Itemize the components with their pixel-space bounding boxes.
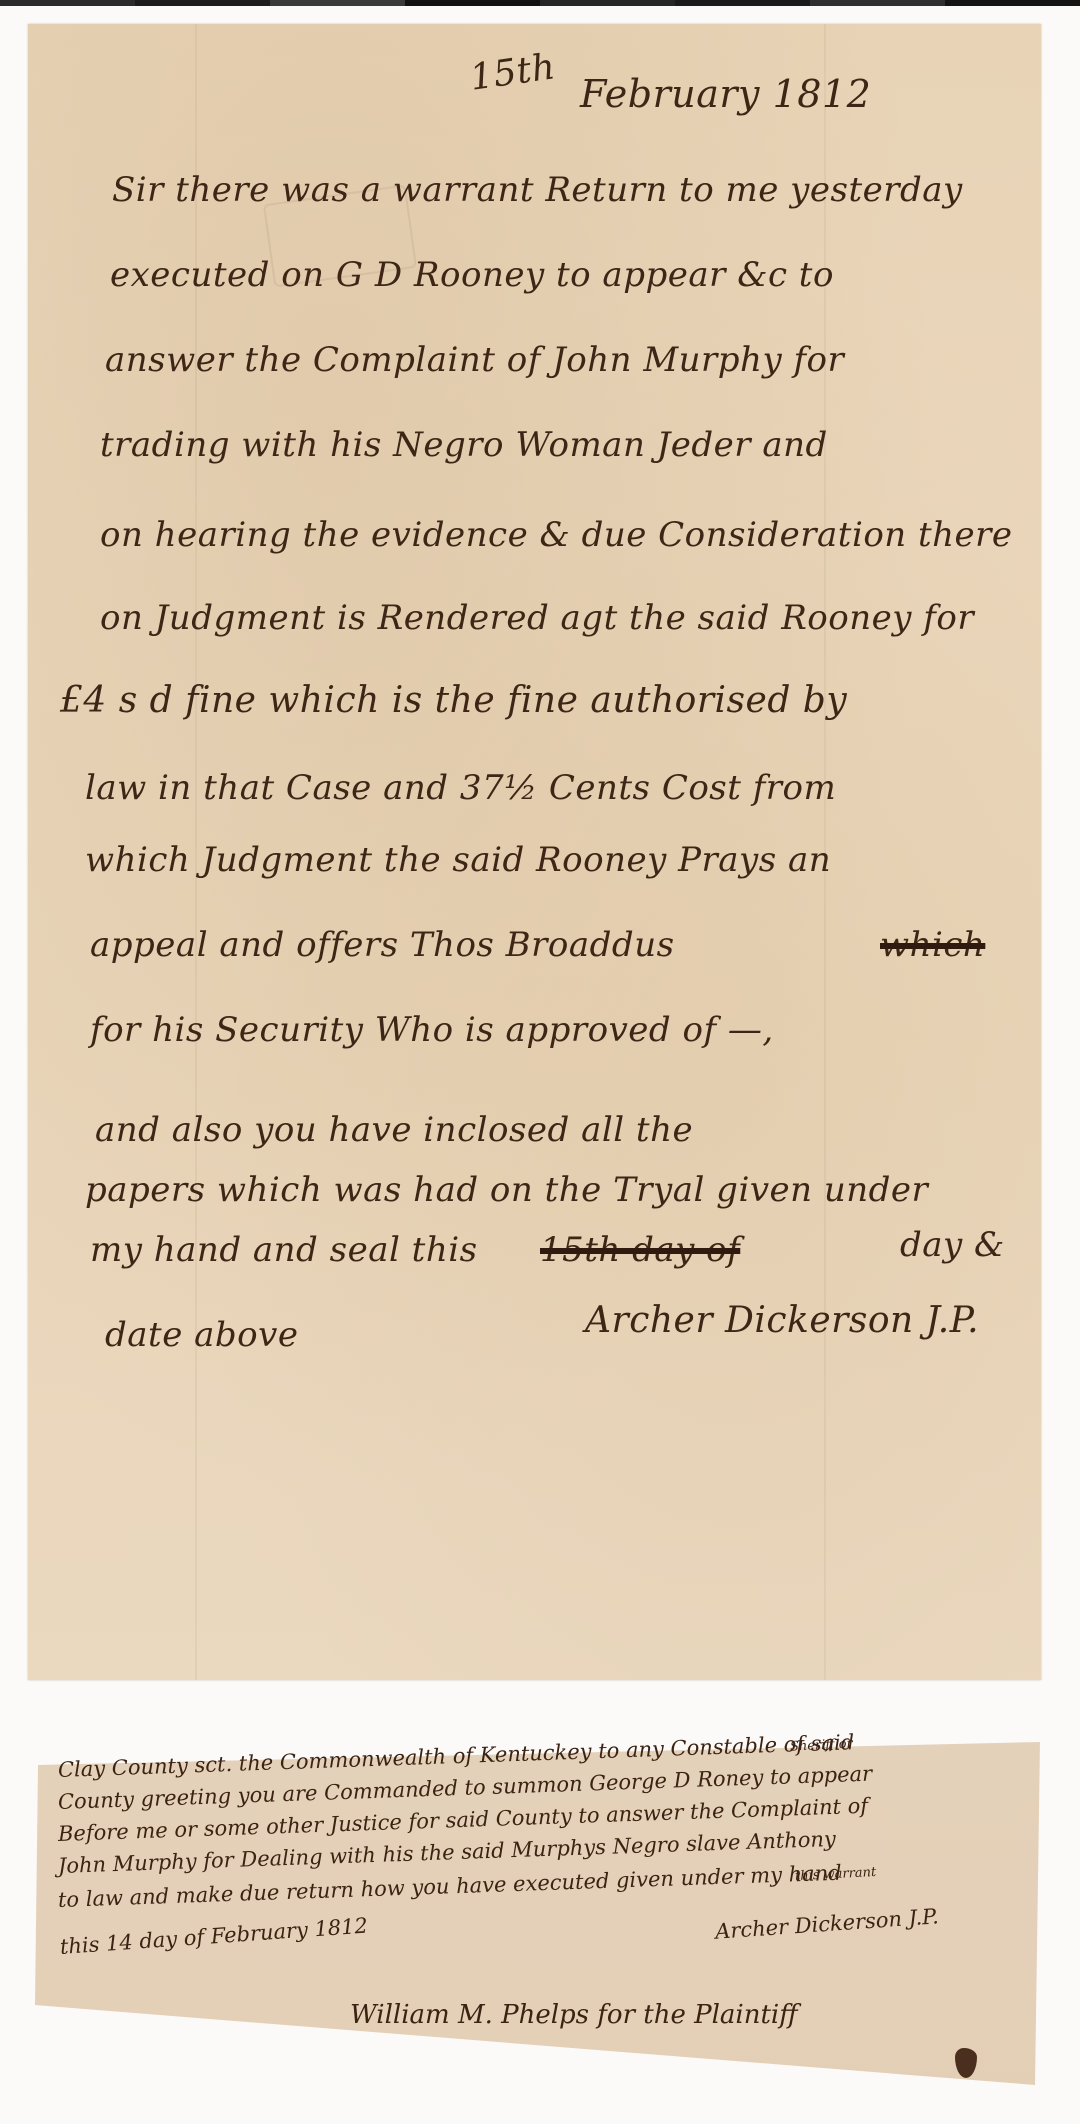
struck-word: which: [880, 925, 985, 965]
letter-line: Sir there was a warrant Return to me yes…: [112, 170, 963, 210]
warrant-line: to law and make due return how you have …: [58, 1861, 842, 1912]
letter-line: my hand and seal this: [90, 1230, 478, 1270]
letter-line: which Judgment the said Rooney Prays an: [85, 840, 831, 880]
warrant-line: Before me or some other Justice for said…: [58, 1794, 869, 1846]
warrant-signature: Archer Dickerson J.P.: [714, 1904, 939, 1944]
warrant-interlinear: Sheriff or: [790, 1736, 853, 1754]
warrant-line: County greeting you are Commanded to sum…: [58, 1762, 873, 1814]
calibration-swatch: [135, 0, 270, 6]
letter-line: on Judgment is Rendered agt the said Roo…: [100, 598, 974, 638]
letter-line: £4 s d fine which is the fine authorised…: [60, 680, 847, 721]
warrant-line: Clay County sct. the Commonwealth of Ken…: [58, 1730, 855, 1782]
letter-line: executed on G D Rooney to appear &c to: [110, 255, 834, 295]
calibration-swatch: [675, 0, 810, 6]
color-calibration-strip: [0, 0, 1080, 6]
letter-line: answer the Complaint of John Murphy for: [105, 340, 844, 380]
calibration-swatch: [405, 0, 540, 6]
warrant-endorsement: William M. Phelps for the Plaintiff: [350, 2000, 798, 2030]
warrant-line: John Murphy for Dealing with his the sai…: [58, 1827, 837, 1878]
struck-word: 15th day of: [540, 1230, 740, 1270]
calibration-swatch: [0, 0, 135, 6]
calibration-swatch: [810, 0, 945, 6]
calibration-swatch: [270, 0, 405, 6]
calibration-swatch: [945, 0, 1080, 6]
letter-line: on hearing the evidence & due Considerat…: [100, 515, 1013, 555]
calibration-swatch: [540, 0, 675, 6]
letter-line: date above: [105, 1315, 298, 1355]
letter-line: papers which was had on the Tryal given …: [85, 1170, 928, 1210]
letter-line: and also you have inclosed all the: [95, 1110, 693, 1150]
warrant-interlinear: this warrant: [795, 1865, 877, 1884]
letter-line: for his Security Who is approved of —,: [90, 1010, 774, 1050]
letter-date-month-year: February 1812: [580, 72, 871, 116]
ink-blot: [955, 2048, 977, 2078]
letter-line: appeal and offers Thos Broaddus: [90, 925, 675, 965]
letter-signature: Archer Dickerson J.P.: [585, 1300, 979, 1341]
warrant-line: this 14 day of February 1812: [59, 1914, 368, 1959]
letter-line-tail: day &: [900, 1225, 1005, 1265]
letter-line: law in that Case and 37½ Cents Cost from: [85, 768, 836, 808]
letter-line: trading with his Negro Woman Jeder and: [100, 425, 828, 465]
